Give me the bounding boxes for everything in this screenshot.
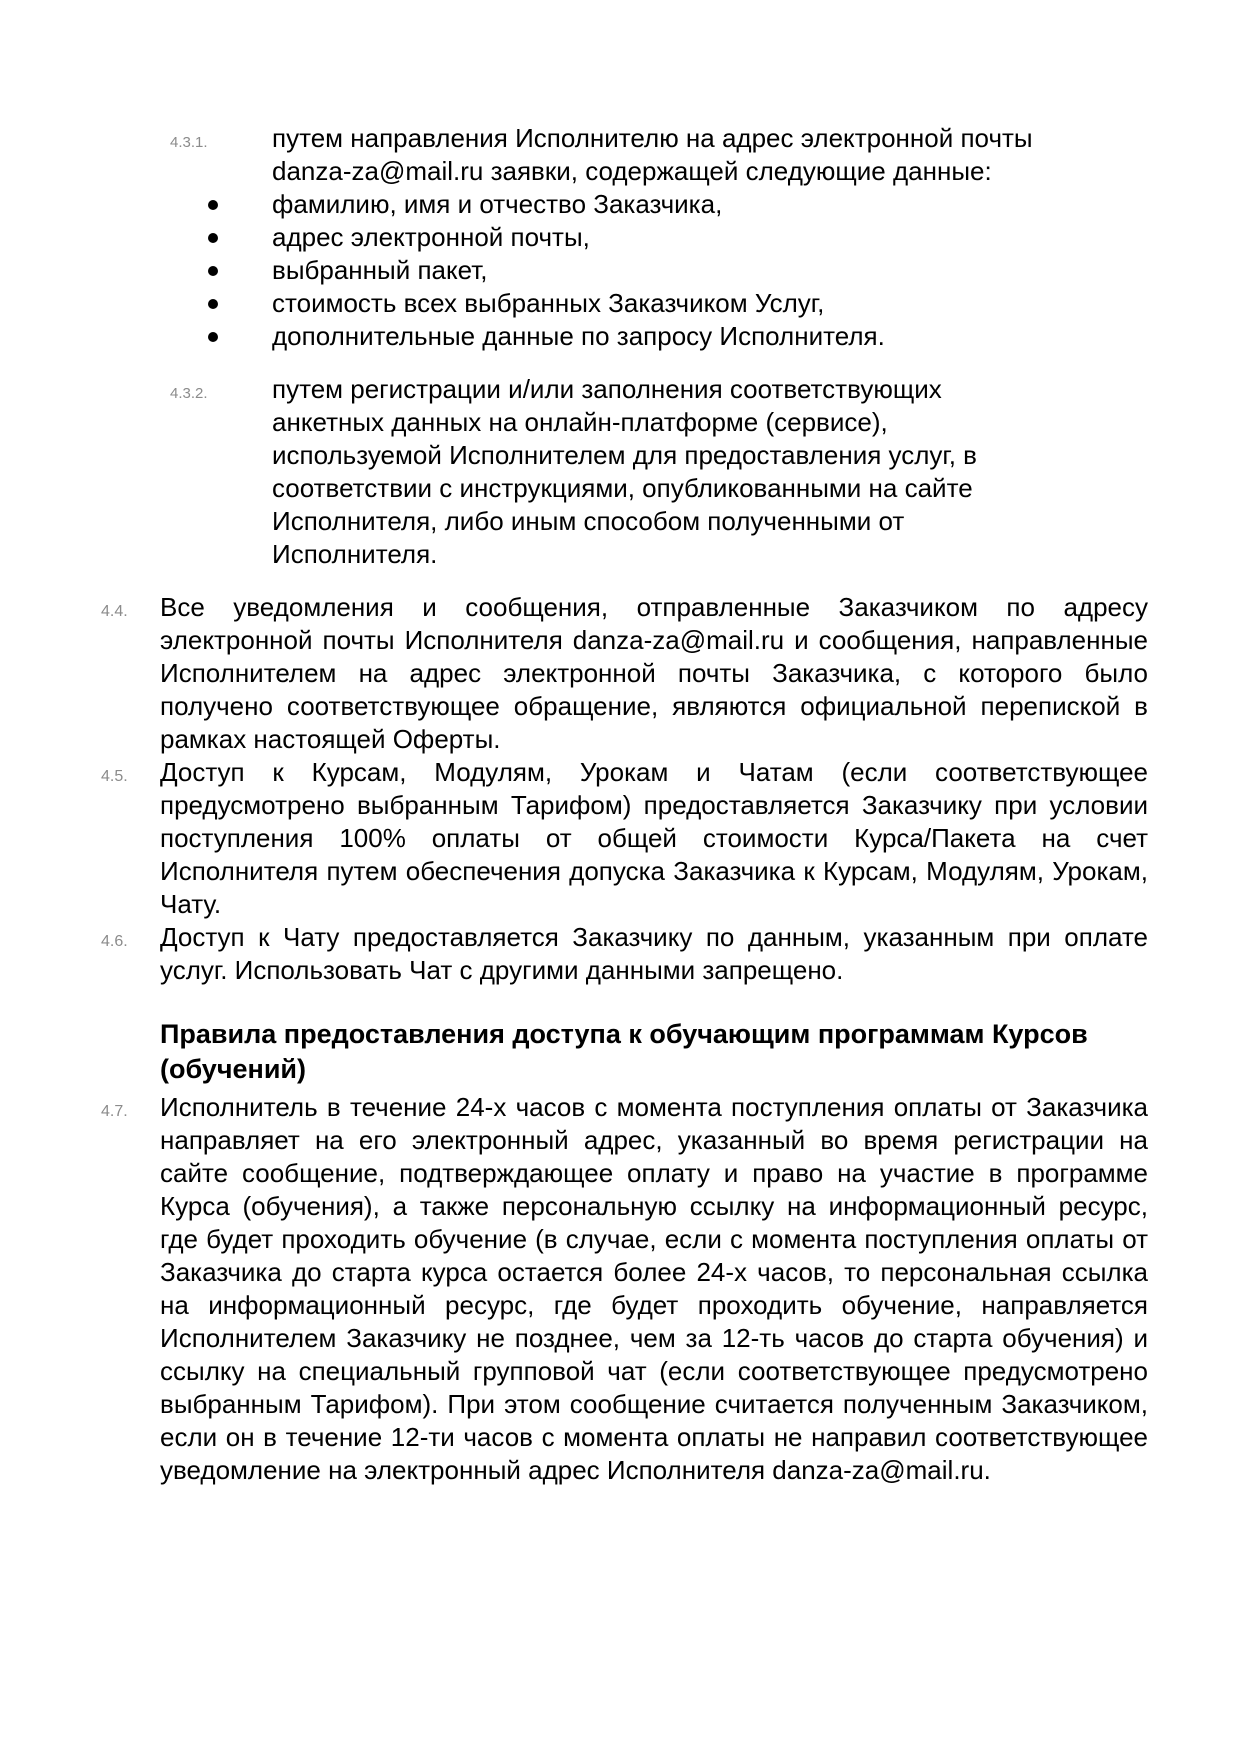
bullet-item-1: фамилию, имя и отчество Заказчика, — [208, 188, 1148, 221]
clause-text-4-6: Доступ к Чату предоставляется Заказчику … — [160, 921, 1148, 987]
clause-4-3-1: 4.3.1. путем направления Исполнителю на … — [170, 122, 1148, 188]
bullet-text-2: адрес электронной почты, — [272, 221, 1148, 254]
bullet-dot-icon — [208, 287, 272, 309]
bullet-dot-icon — [208, 254, 272, 276]
clause-number-4-6: 4.6. — [101, 925, 160, 958]
bullet-item-5: дополнительные данные по запросу Исполни… — [208, 320, 1148, 353]
clause-text-4-3-2: путем регистрации и/или заполнения соотв… — [272, 373, 1042, 571]
clause-text-4-4: Все уведомления и сообщения, отправленны… — [160, 591, 1148, 756]
clause-text-4-3-1: путем направления Исполнителю на адрес э… — [272, 122, 1042, 188]
clause-4-7: 4.7. Исполнитель в течение 24-х часов с … — [101, 1091, 1148, 1487]
clause-number-4-5: 4.5. — [101, 760, 160, 793]
bullet-text-3: выбранный пакет, — [272, 254, 1148, 287]
clause-text-4-5: Доступ к Курсам, Модулям, Урокам и Чатам… — [160, 756, 1148, 921]
bullet-text-4: стоимость всех выбранных Заказчиком Услу… — [272, 287, 1148, 320]
bullet-item-2: адрес электронной почты, — [208, 221, 1148, 254]
clause-4-5: 4.5. Доступ к Курсам, Модулям, Урокам и … — [101, 756, 1148, 921]
bullet-item-4: стоимость всех выбранных Заказчиком Услу… — [208, 287, 1148, 320]
section-heading: Правила предоставления доступа к обучающ… — [160, 1017, 1120, 1087]
clause-number-4-3-2: 4.3.2. — [170, 377, 272, 410]
clause-text-4-7: Исполнитель в течение 24-х часов с момен… — [160, 1091, 1148, 1487]
clause-number-4-7: 4.7. — [101, 1095, 160, 1128]
bullet-dot-icon — [208, 221, 272, 243]
bullet-text-5: дополнительные данные по запросу Исполни… — [272, 320, 1148, 353]
clause-number-4-4: 4.4. — [101, 595, 160, 628]
clause-number-4-3-1: 4.3.1. — [170, 126, 272, 159]
bullet-dot-icon — [208, 320, 272, 342]
clause-4-3-2: 4.3.2. путем регистрации и/или заполнени… — [170, 373, 1148, 571]
bullet-item-3: выбранный пакет, — [208, 254, 1148, 287]
bullet-dot-icon — [208, 188, 272, 210]
document-page: 4.3.1. путем направления Исполнителю на … — [0, 0, 1241, 1755]
clause-4-6: 4.6. Доступ к Чату предоставляется Заказ… — [101, 921, 1148, 987]
clause-4-4: 4.4. Все уведомления и сообщения, отправ… — [101, 591, 1148, 756]
bullet-text-1: фамилию, имя и отчество Заказчика, — [272, 188, 1148, 221]
